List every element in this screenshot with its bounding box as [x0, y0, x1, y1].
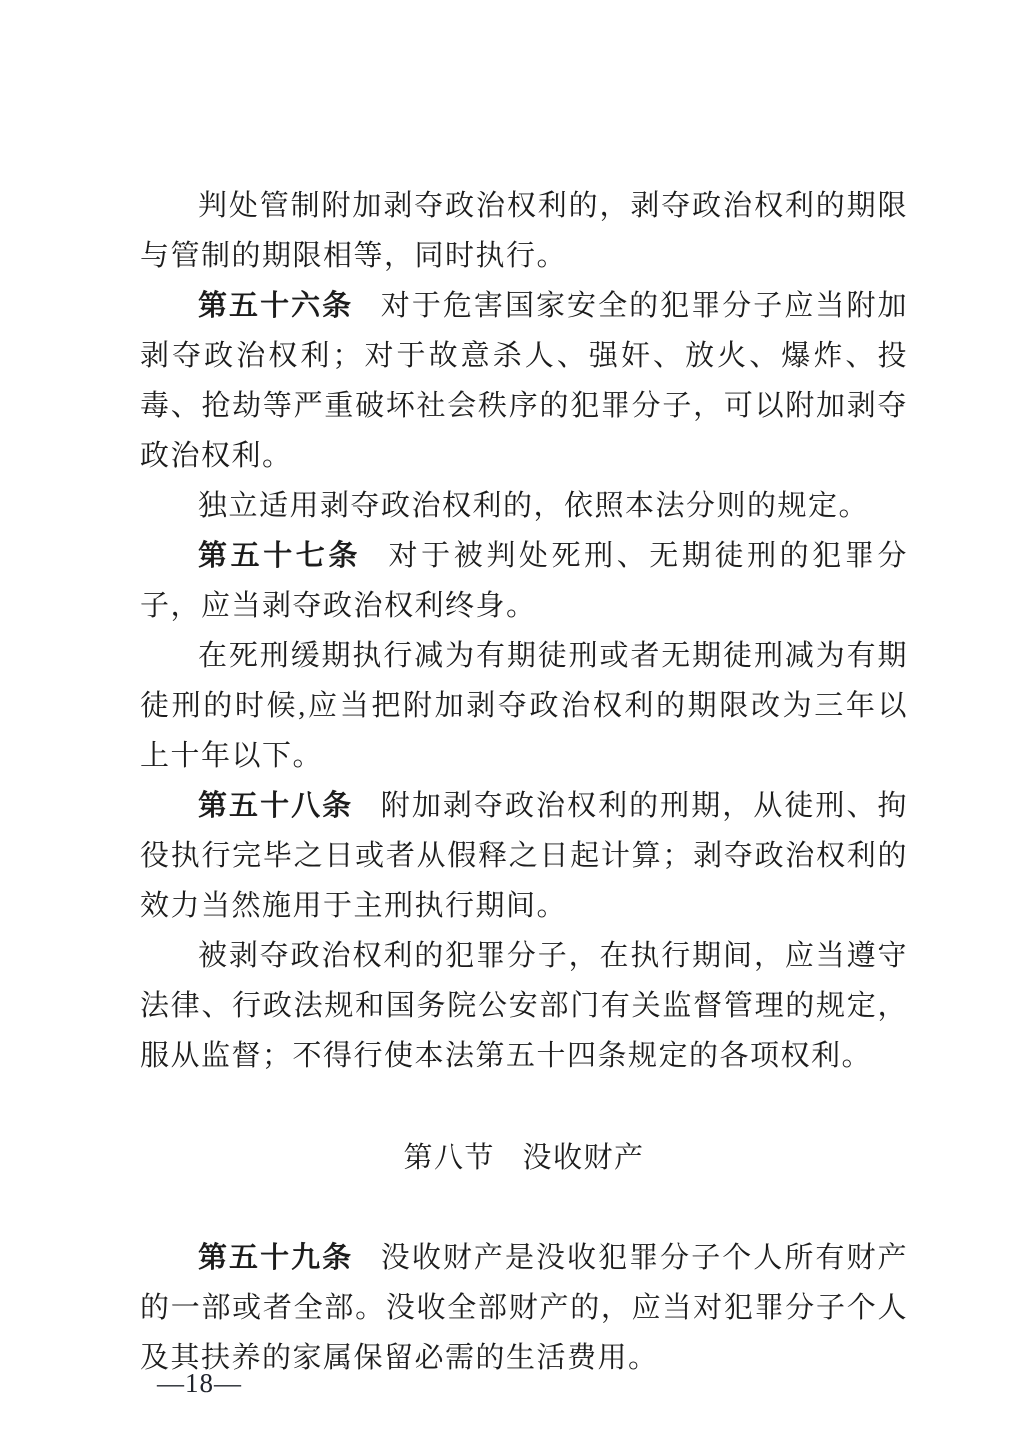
article-number: 第五十九条 [198, 1242, 353, 1274]
section-title: 没收财产 [523, 1142, 645, 1174]
document-page: 判处管制附加剥夺政治权利的，剥夺政治权利的期限与管制的期限相等，同时执行。 第五… [0, 0, 1024, 1448]
paragraph-article-56-sub: 独立适用剥夺政治权利的，依照本法分则的规定。 [140, 481, 908, 531]
paragraph-article-58-sub: 被剥夺政治权利的犯罪分子，在执行期间，应当遵守法律、行政法规和国务院公安部门有关… [140, 931, 908, 1081]
section-heading: 第八节没收财产 [140, 1133, 908, 1183]
paragraph-text: 被剥夺政治权利的犯罪分子，在执行期间，应当遵守法律、行政法规和国务院公安部门有关… [140, 940, 908, 1072]
article-number: 第五十六条 [198, 290, 353, 322]
paragraph-text: 独立适用剥夺政治权利的，依照本法分则的规定。 [198, 490, 869, 522]
article-number: 第五十七条 [198, 540, 361, 572]
paragraph-text: 在死刑缓期执行减为有期徒刑或者无期徒刑减为有期徒刑的时候,应当把附加剥夺政治权利… [140, 640, 908, 772]
body-text: 判处管制附加剥夺政治权利的，剥夺政治权利的期限与管制的期限相等，同时执行。 第五… [140, 181, 908, 1383]
article-number: 第五十八条 [198, 790, 353, 822]
paragraph-carryover: 判处管制附加剥夺政治权利的，剥夺政治权利的期限与管制的期限相等，同时执行。 [140, 181, 908, 281]
section-number: 第八节 [403, 1142, 495, 1174]
paragraph-article-59: 第五十九条没收财产是没收犯罪分子个人所有财产的一部或者全部。没收全部财产的，应当… [140, 1233, 908, 1383]
page-number: —18— [157, 1368, 242, 1399]
paragraph-article-58: 第五十八条附加剥夺政治权利的刑期，从徒刑、拘役执行完毕之日或者从假释之日起计算；… [140, 781, 908, 931]
paragraph-text: 判处管制附加剥夺政治权利的，剥夺政治权利的期限与管制的期限相等，同时执行。 [140, 190, 908, 272]
paragraph-article-56: 第五十六条对于危害国家安全的犯罪分子应当附加剥夺政治权利；对于故意杀人、强奸、放… [140, 281, 908, 481]
paragraph-article-57: 第五十七条对于被判处死刑、无期徒刑的犯罪分子，应当剥夺政治权利终身。 [140, 531, 908, 631]
paragraph-article-57-sub: 在死刑缓期执行减为有期徒刑或者无期徒刑减为有期徒刑的时候,应当把附加剥夺政治权利… [140, 631, 908, 781]
